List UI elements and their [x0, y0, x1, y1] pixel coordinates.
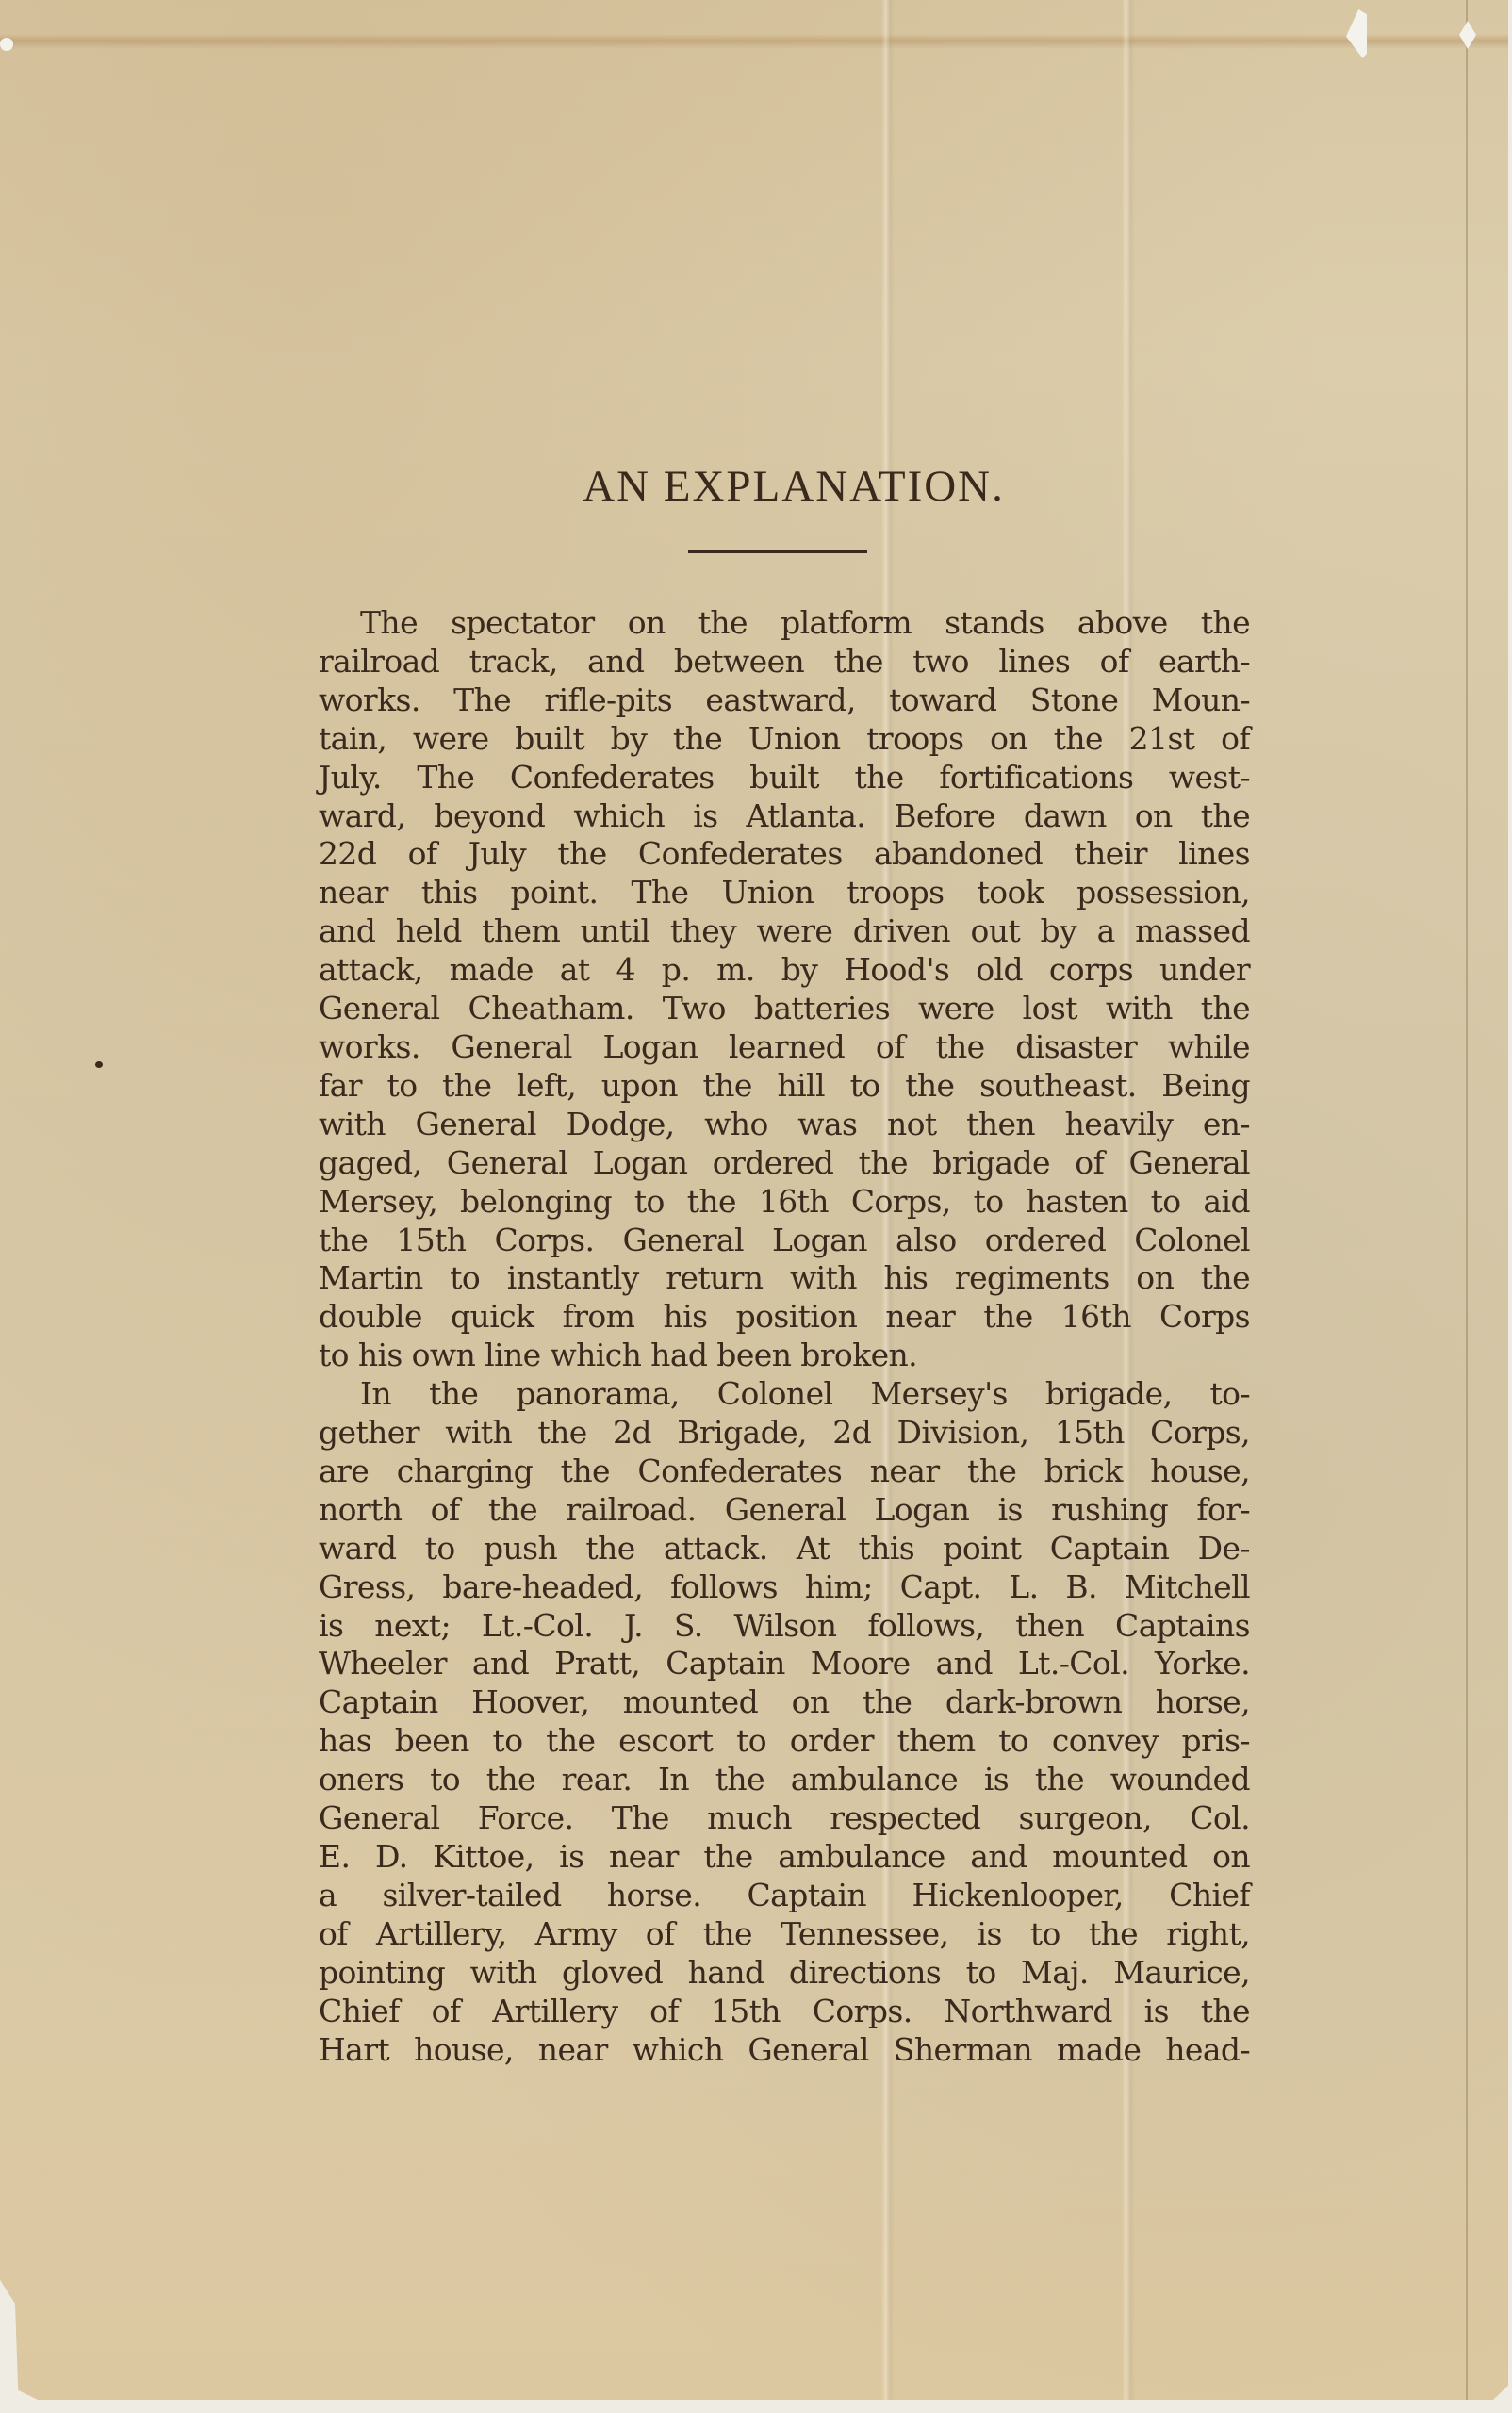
paragraph: In the panorama, Colonel Mersey's brigad… [319, 1375, 1250, 2069]
paper-tear [0, 38, 13, 51]
text-line: Captain Hoover, mounted on the dark-brow… [319, 1683, 1250, 1722]
text-line: the 15th Corps. General Logan also order… [319, 1222, 1250, 1260]
text-line: a silver-tailed horse. Captain Hickenloo… [319, 1877, 1250, 1915]
page-title: AN EXPLANATION. [319, 460, 1259, 513]
paragraph: The spectator on the platform stands abo… [319, 604, 1250, 1375]
text-line: Mersey, belonging to the 16th Corps, to … [319, 1183, 1250, 1222]
text-line: Wheeler and Pratt, Captain Moore and Lt.… [319, 1645, 1250, 1683]
text-line: tain, were built by the Union troops on … [319, 720, 1250, 759]
text-line: attack, made at 4 p. m. by Hood's old co… [319, 951, 1250, 990]
text-line: oners to the rear. In the ambulance is t… [319, 1761, 1250, 1799]
text-line: works. General Logan learned of the disa… [319, 1028, 1250, 1067]
text-line: and held them until they were driven out… [319, 912, 1250, 951]
paragraphs: The spectator on the platform stands abo… [319, 604, 1250, 2069]
text-line: railroad track, and between the two line… [319, 643, 1250, 681]
right-fold-line [1466, 0, 1468, 2400]
text-line: General Force. The much respected surgeo… [319, 1799, 1250, 1838]
text-line: The spectator on the platform stands abo… [319, 604, 1250, 643]
ink-spot [95, 1061, 103, 1068]
text-line: is next; Lt.-Col. J. S. Wilson follows, … [319, 1607, 1250, 1646]
top-fold-crease [0, 34, 1508, 49]
title-rule-divider [688, 550, 867, 553]
text-line: Gress, bare-headed, follows him; Capt. L… [319, 1568, 1250, 1607]
text-line: to his own line which had been broken. [319, 1337, 1250, 1375]
text-line: are charging the Confederates near the b… [319, 1453, 1250, 1491]
text-line: north of the railroad. General Logan is … [319, 1491, 1250, 1530]
text-line: July. The Confederates built the fortifi… [319, 759, 1250, 797]
text-line: gaged, General Logan ordered the brigade… [319, 1144, 1250, 1183]
text-line: E. D. Kittoe, is near the ambulance and … [319, 1838, 1250, 1877]
text-line: has been to the escort to order them to … [319, 1722, 1250, 1761]
text-line: Chief of Artillery of 15th Corps. Northw… [319, 1993, 1250, 2031]
body-text: The spectator on the platform stands abo… [319, 604, 1250, 2069]
text-line: pointing with gloved hand directions to … [319, 1954, 1250, 1993]
text-line: works. The rifle-pits eastward, toward S… [319, 681, 1250, 720]
text-line: gether with the 2d Brigade, 2d Division,… [319, 1414, 1250, 1453]
text-line: far to the left, upon the hill to the so… [319, 1067, 1250, 1106]
text-line: Martin to instantly return with his regi… [319, 1259, 1250, 1298]
text-line: 22d of July the Confederates abandoned t… [319, 835, 1250, 874]
text-line: Hart house, near which General Sherman m… [319, 2031, 1250, 2070]
text-line: In the panorama, Colonel Mersey's brigad… [319, 1375, 1250, 1414]
text-line: ward, beyond which is Atlanta. Before da… [319, 797, 1250, 836]
text-line: double quick from his position near the … [319, 1298, 1250, 1337]
text-line: General Cheatham. Two batteries were los… [319, 990, 1250, 1028]
text-line: ward to push the attack. At this point C… [319, 1530, 1250, 1568]
text-line: near this point. The Union troops took p… [319, 874, 1250, 912]
text-line: with General Dodge, who was not then hea… [319, 1106, 1250, 1144]
text-line: of Artillery, Army of the Tennessee, is … [319, 1915, 1250, 1954]
